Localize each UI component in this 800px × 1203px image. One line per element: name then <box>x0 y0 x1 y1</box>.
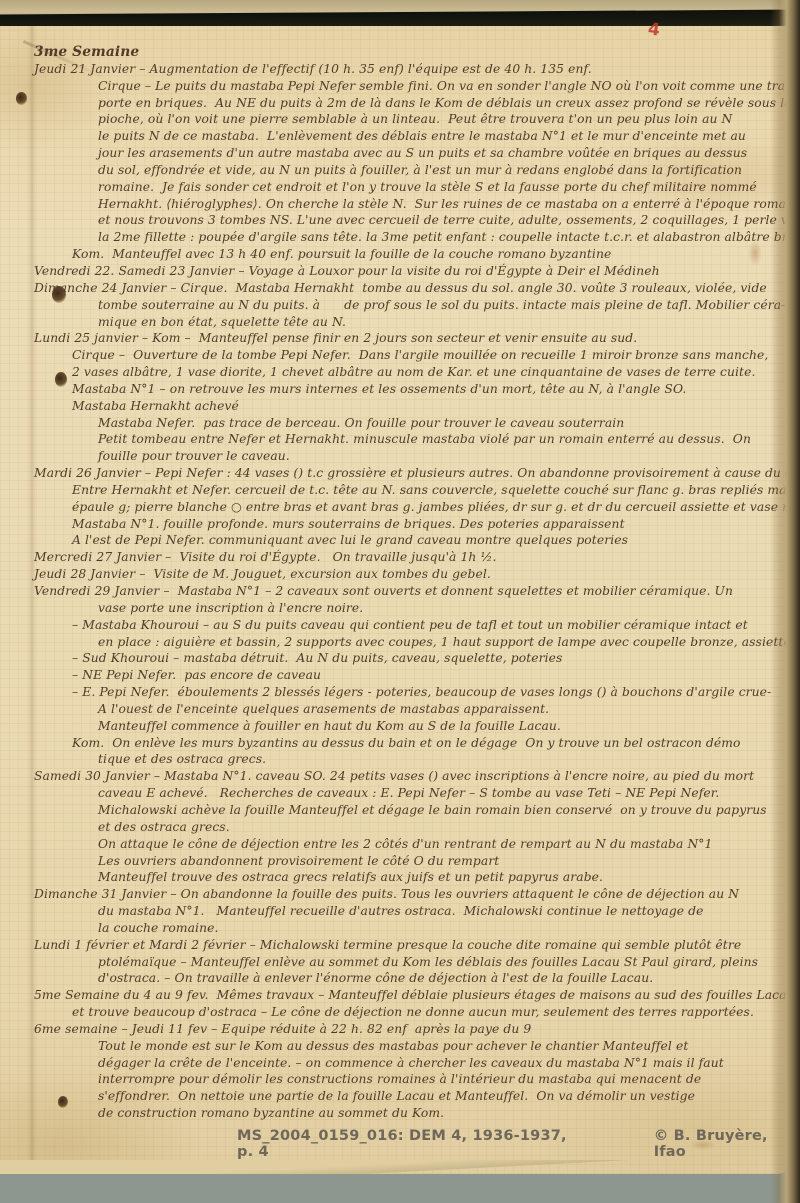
manuscript-line: 6me semaine – Jeudi 11 fev – Equipe rédu… <box>0 1021 786 1038</box>
manuscript-line: Manteuffel trouve des ostraca grecs rela… <box>0 869 786 886</box>
manuscript-line: Mastaba N°1 – on retrouve les murs inter… <box>0 381 786 398</box>
manuscript-line: la 2me fillette : poupée d'argile sans t… <box>0 229 786 246</box>
manuscript-line: ptolémaïque – Manteuffel enlève au somme… <box>0 954 786 971</box>
manuscript-line: Dimanche 24 Janvier – Cirque. Mastaba He… <box>0 280 786 297</box>
manuscript-line: interrompre pour démolir les constructio… <box>0 1071 786 1088</box>
manuscript-line: Les ouvriers abandonnent provisoirement … <box>0 853 786 870</box>
manuscript-line: Vendredi 29 Janvier – Mastaba N°1 – 2 ca… <box>0 583 786 600</box>
manuscript-line: pioche, où l'on voit une pierre semblabl… <box>0 111 786 128</box>
manuscript-line: et des ostraca grecs. <box>0 819 786 836</box>
manuscript-line: Kom. Manteuffel avec 13 h 40 enf. poursu… <box>0 246 786 263</box>
manuscript-line: tique et des ostraca grecs. <box>0 751 786 768</box>
manuscript-line: en place : aiguière et bassin, 2 support… <box>0 634 786 651</box>
manuscript-line: Mastaba N°1. fouille profonde. murs sout… <box>0 516 786 533</box>
red-archival-mark: 4 <box>647 19 662 40</box>
manuscript-line: Mastaba Nefer. pas trace de berceau. On … <box>0 415 786 432</box>
manuscript-line: la couche romaine. <box>0 920 786 937</box>
manuscript-line: Jeudi 21 Janvier – Augmentation de l'eff… <box>0 61 786 78</box>
manuscript-line: – NE Pepi Nefer. pas encore de caveau <box>0 667 786 684</box>
manuscript-line: – E. Pepi Nefer. éboulements 2 blessés l… <box>0 684 786 701</box>
manuscript-text: 3me SemaineJeudi 21 Janvier – Augmentati… <box>0 44 786 1122</box>
manuscript-line: vase porte une inscription à l'encre noi… <box>0 600 786 617</box>
manuscript-line: Lundi 1 février et Mardi 2 février – Mic… <box>0 937 786 954</box>
manuscript-line: le puits N de ce mastaba. L'enlèvement d… <box>0 128 786 145</box>
manuscript-line: Entre Hernakht et Nefer. cercueil de t.c… <box>0 482 786 499</box>
manuscript-line: romaine. Je fais sonder cet endroit et l… <box>0 179 786 196</box>
manuscript-line: mique en bon état, squelette tête au N. <box>0 314 786 331</box>
manuscript-line: tombe souterraine au N du puits. à de pr… <box>0 297 786 314</box>
manuscript-line: Jeudi 28 Janvier – Visite de M. Jouguet,… <box>0 566 786 583</box>
manuscript-line: A l'est de Pepi Nefer. communiquant avec… <box>0 532 786 549</box>
manuscript-line: caveau E achevé. Recherches de caveaux :… <box>0 785 786 802</box>
manuscript-line: Petit tombeau entre Nefer et Hernakht. m… <box>0 431 786 448</box>
manuscript-line: du mastaba N°1. Manteuffel recueille d'a… <box>0 903 786 920</box>
scanner-background <box>0 1174 800 1203</box>
manuscript-line: Cirque – Ouverture de la tombe Pepi Nefe… <box>0 347 786 364</box>
manuscript-line: Mercredi 27 Janvier – Visite du roi d'Ég… <box>0 549 786 566</box>
manuscript-line: Mardi 26 Janvier – Pepi Nefer : 44 vases… <box>0 465 786 482</box>
manuscript-line: Cirque – Le puits du mastaba Pepi Nefer … <box>0 78 786 95</box>
manuscript-line: Michalowski achève la fouille Manteuffel… <box>0 802 786 819</box>
manuscript-line: du sol, effondrée et vide, au N un puits… <box>0 162 786 179</box>
manuscript-line: On attaque le cône de déjection entre le… <box>0 836 786 853</box>
manuscript-line: dégager la crête de l'enceinte. – on com… <box>0 1055 786 1072</box>
manuscript-line: Lundi 25 janvier – Kom – Manteuffel pens… <box>0 330 786 347</box>
manuscript-line: Vendredi 22. Samedi 23 Janvier – Voyage … <box>0 263 786 280</box>
manuscript-line: et nous trouvons 3 tombes NS. L'une avec… <box>0 212 786 229</box>
manuscript-line: 3me Semaine <box>0 44 786 61</box>
manuscript-line: épaule g; pierre blanche ○ entre bras et… <box>0 499 786 516</box>
manuscript-line: Hernakht. ⟨hiéroglyphes⟩. On cherche la … <box>0 196 786 213</box>
manuscript-line: A l'ouest de l'enceinte quelques araseme… <box>0 701 786 718</box>
notebook-right-page-edges <box>770 0 800 1203</box>
manuscript-line: s'effondrer. On nettoie une partie de la… <box>0 1088 786 1105</box>
manuscript-line: Dimanche 31 Janvier – On abandonne la fo… <box>0 886 786 903</box>
manuscript-line: Kom. On enlève les murs byzantins au des… <box>0 735 786 752</box>
manuscript-line: 5me Semaine du 4 au 9 fev. Mêmes travaux… <box>0 987 786 1004</box>
manuscript-line: fouille pour trouver le caveau. <box>0 448 786 465</box>
caption-reference: MS_2004_0159_016: DEM 4, 1936-1937, p. 4 <box>237 1128 572 1160</box>
manuscript-line: d'ostraca. – On travaille à enlever l'én… <box>0 970 786 987</box>
manuscript-scan: 4 3me SemaineJeudi 21 Janvier – Augmenta… <box>0 0 800 1203</box>
manuscript-line: Manteuffel commence à fouiller en haut d… <box>0 718 786 735</box>
manuscript-line: 2 vases albâtre, 1 vase diorite, 1 cheve… <box>0 364 786 381</box>
archive-caption: MS_2004_0159_016: DEM 4, 1936-1937, p. 4… <box>0 1128 792 1160</box>
manuscript-line: porte en briques. Au NE du puits à 2m de… <box>0 95 786 112</box>
manuscript-line: Samedi 30 Janvier – Mastaba N°1. caveau … <box>0 768 786 785</box>
manuscript-line: de construction romano byzantine au somm… <box>0 1105 786 1122</box>
manuscript-line: – Sud Khouroui – mastaba détruit. Au N d… <box>0 650 786 667</box>
manuscript-line: Mastaba Hernakht achevé <box>0 398 786 415</box>
manuscript-line: et trouve beaucoup d'ostraca – Le cône d… <box>0 1004 786 1021</box>
manuscript-line: – Mastaba Khouroui – au S du puits cavea… <box>0 617 786 634</box>
manuscript-line: Tout le monde est sur le Kom au dessus d… <box>0 1038 786 1055</box>
manuscript-line: jour les arasements d'un autre mastaba a… <box>0 145 786 162</box>
